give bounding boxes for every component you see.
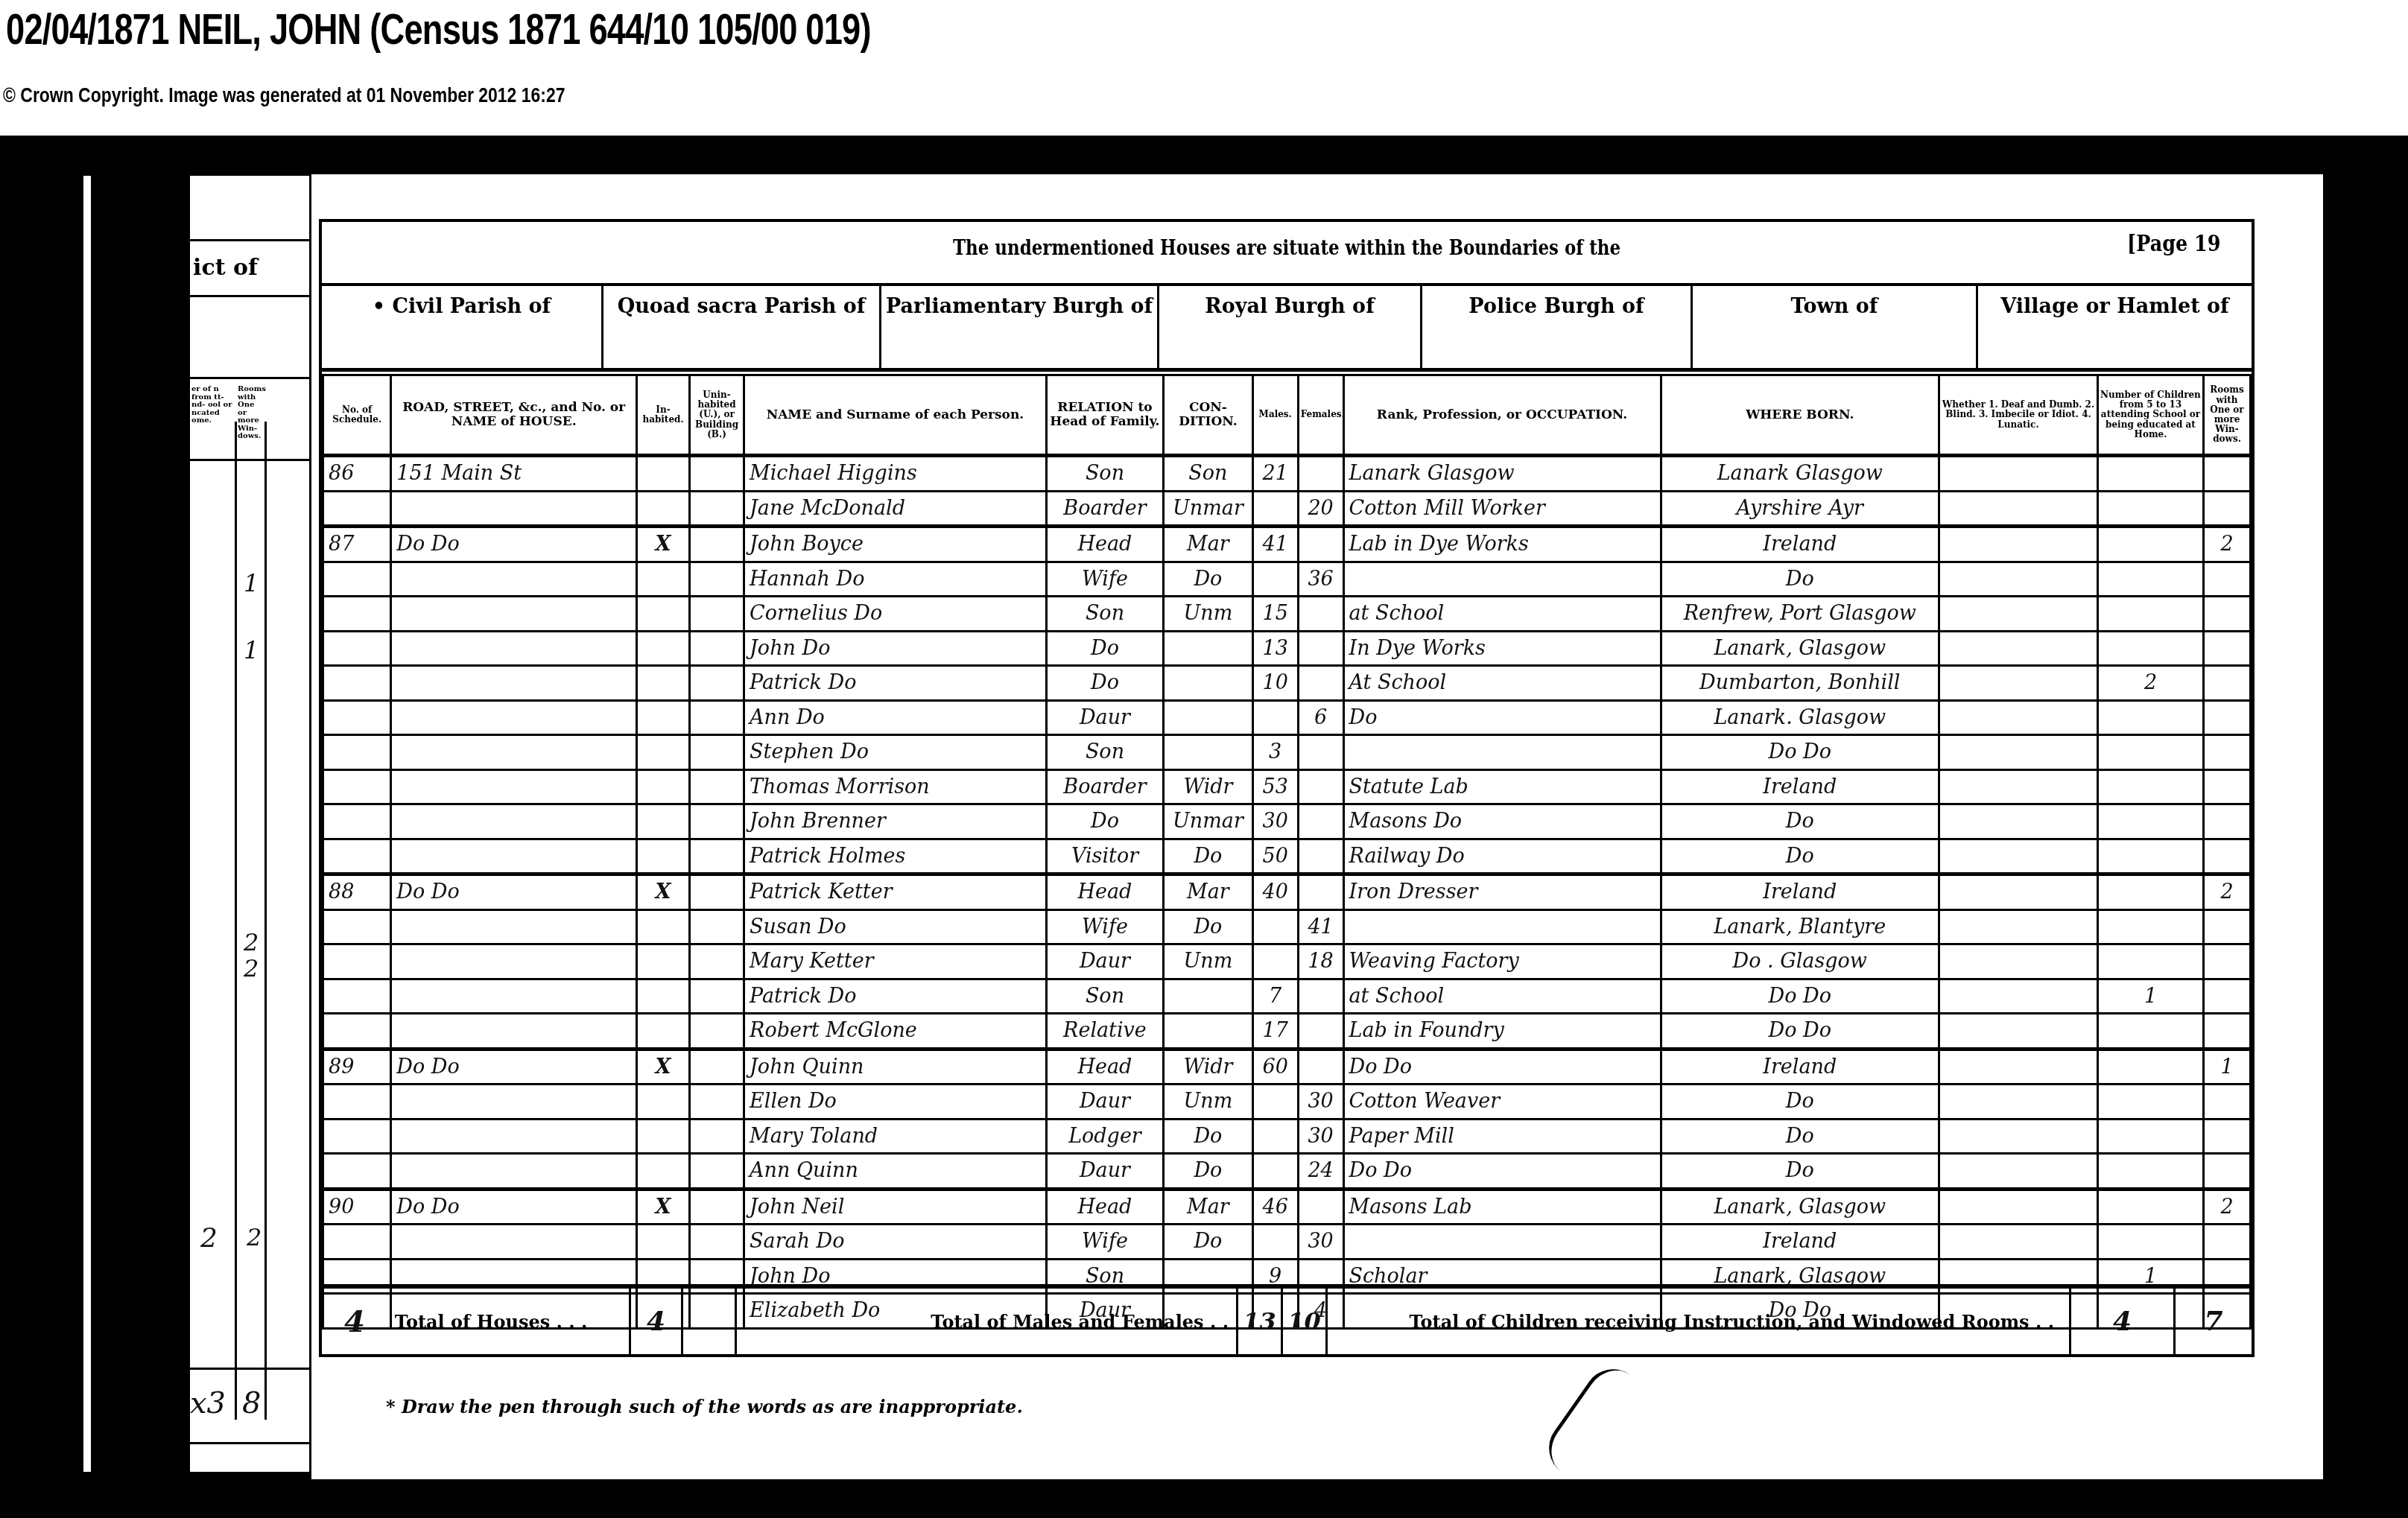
cell-name: Ellen Do — [744, 1084, 1047, 1120]
cell-empty — [690, 1119, 744, 1154]
cell-male: 17 — [1252, 1014, 1298, 1049]
cell-children — [2097, 769, 2203, 804]
footnote: * Draw the pen through such of the words… — [386, 1396, 1023, 1417]
cell-condition: Do — [1164, 1225, 1253, 1260]
cell-rooms — [2204, 944, 2251, 979]
cell-condition — [1164, 666, 1253, 701]
cell-name: Cornelius Do — [744, 597, 1047, 632]
cell-schedule — [323, 597, 391, 632]
cell-male: 21 — [1252, 456, 1298, 492]
cell-rooms — [2204, 700, 2251, 735]
cell-occupation: Masons Lab — [1343, 1189, 1661, 1225]
table-row: Patrick DoSon7at SchoolDo Do1 — [323, 979, 2251, 1014]
cell-empty — [690, 562, 744, 597]
cell-schedule — [323, 944, 391, 979]
col-road: ROAD, STREET, &c., and No. or NAME of HO… — [391, 375, 637, 456]
cell-empty — [690, 874, 744, 910]
cell-condition: Do — [1164, 1154, 1253, 1190]
col-schedule: No. of Schedule. — [323, 375, 391, 456]
cell-female — [1298, 979, 1343, 1014]
col-where-born: WHERE BORN. — [1661, 375, 1939, 456]
cell-rooms — [2204, 631, 2251, 666]
cell-empty — [1939, 769, 2097, 804]
cell-born: Ireland — [1661, 1225, 1939, 1260]
cell-empty — [1939, 839, 2097, 874]
cell-name: Stephen Do — [744, 735, 1047, 770]
cell-relation: Daur — [1046, 1154, 1163, 1190]
cell-schedule: 90 — [323, 1189, 391, 1225]
cell-relation: Visitor — [1046, 839, 1163, 874]
prev-value: 1 — [244, 636, 259, 664]
cell-inhabited — [637, 735, 690, 770]
cell-born: Do — [1661, 1119, 1939, 1154]
cell-male — [1252, 1225, 1298, 1260]
cell-born: Lanark, Glasgow — [1661, 631, 1939, 666]
col-children: Number of Children from 5 to 13 attendin… — [2097, 375, 2203, 456]
cell-empty — [1939, 1189, 2097, 1225]
cell-empty — [690, 735, 744, 770]
cell-male: 46 — [1252, 1189, 1298, 1225]
cell-condition — [1164, 1014, 1253, 1049]
cell-name: John Quinn — [744, 1049, 1047, 1084]
cell-male: 10 — [1252, 666, 1298, 701]
col-rooms: Rooms with One or more Win- dows. — [2204, 375, 2251, 456]
cell-born: Do Do — [1661, 979, 1939, 1014]
cell-occupation: At School — [1343, 666, 1661, 701]
total-children: 4 — [2113, 1306, 2132, 1337]
cell-name: Mary Toland — [744, 1119, 1047, 1154]
cell-male — [1252, 944, 1298, 979]
form-heading-band: The undermentioned Houses are situate wi… — [322, 222, 2252, 286]
cell-inhabited — [637, 979, 690, 1014]
cell-condition: Unm — [1164, 944, 1253, 979]
cell-empty — [1939, 597, 2097, 632]
cell-name: John Boyce — [744, 527, 1047, 562]
cell-male — [1252, 1119, 1298, 1154]
table-row: Susan DoWifeDo41Lanark, Blantyre — [323, 909, 2251, 944]
cell-schedule — [323, 769, 391, 804]
cell-male: 50 — [1252, 839, 1298, 874]
cell-inhabited — [637, 597, 690, 632]
cell-inhabited — [637, 1225, 690, 1260]
cell-empty — [1939, 1119, 2097, 1154]
copyright-notice: © Crown Copyright. Image was generated a… — [3, 83, 565, 107]
cell-rooms — [2204, 1014, 2251, 1049]
cell-empty — [690, 456, 744, 492]
cell-empty — [690, 979, 744, 1014]
cell-occupation — [1343, 1225, 1661, 1260]
cell-born: Do Do — [1661, 735, 1939, 770]
cell-empty — [1939, 979, 2097, 1014]
cell-occupation: Cotton Weaver — [1343, 1084, 1661, 1120]
cell-condition: Unmar — [1164, 804, 1253, 839]
cell-empty — [1939, 735, 2097, 770]
cell-inhabited — [637, 1154, 690, 1190]
table-row: 89Do DoXJohn QuinnHeadWidr60Do DoIreland… — [323, 1049, 2251, 1084]
cell-schedule — [323, 491, 391, 527]
cell-children — [2097, 944, 2203, 979]
cell-occupation: Lab in Dye Works — [1343, 527, 1661, 562]
cell-rooms — [2204, 456, 2251, 492]
cell-children — [2097, 491, 2203, 527]
cell-name: Jane McDonald — [744, 491, 1047, 527]
cell-road — [391, 909, 637, 944]
cell-rooms — [2204, 1119, 2251, 1154]
cell-occupation: Paper Mill — [1343, 1119, 1661, 1154]
cell-empty — [1939, 909, 2097, 944]
cell-relation: Wife — [1046, 909, 1163, 944]
prev-district-label: ict of — [193, 255, 258, 281]
cell-inhabited — [637, 944, 690, 979]
cell-road: Do Do — [391, 874, 637, 910]
cell-road — [391, 700, 637, 735]
image-viewer: ict of er of n from tt-nd- ool or ncated… — [0, 136, 2408, 1518]
cell-relation: Head — [1046, 527, 1163, 562]
cell-occupation — [1343, 735, 1661, 770]
cell-road — [391, 735, 637, 770]
cell-female — [1298, 1049, 1343, 1084]
enumerator-pen-mark — [1537, 1358, 1682, 1509]
total-rooms: 7 — [2204, 1306, 2222, 1337]
boundaries-row: • Civil Parish of Quoad sacra Parish of … — [322, 286, 2252, 372]
cell-condition: Do — [1164, 562, 1253, 597]
col-uninhabited: Unin- habited (U.), or Building (B.) — [690, 375, 744, 456]
cell-born: Lanark, Blantyre — [1661, 909, 1939, 944]
cell-road — [391, 1225, 637, 1260]
cell-female — [1298, 666, 1343, 701]
cell-name: Susan Do — [744, 909, 1047, 944]
total-rooms-cell: 7 — [2176, 1289, 2252, 1354]
cell-schedule — [323, 979, 391, 1014]
prev-value: 2 — [200, 1223, 218, 1254]
boundary-quoad-sacra: Quoad sacra Parish of — [603, 286, 881, 368]
total-houses-count: 4 — [344, 1304, 365, 1339]
cell-empty — [1939, 527, 2097, 562]
boundary-royal-burgh: Royal Burgh of — [1159, 286, 1422, 368]
cell-rooms — [2204, 562, 2251, 597]
cell-female: 20 — [1298, 491, 1343, 527]
cell-born: Do — [1661, 562, 1939, 597]
cell-name: Patrick Do — [744, 666, 1047, 701]
table-row: John BrennerDoUnmar30Masons DoDo — [323, 804, 2251, 839]
cell-male: 41 — [1252, 527, 1298, 562]
cell-condition: Widr — [1164, 769, 1253, 804]
cell-condition — [1164, 631, 1253, 666]
cell-schedule — [323, 735, 391, 770]
cell-empty — [690, 527, 744, 562]
cell-condition: Widr — [1164, 1049, 1253, 1084]
cell-relation: Lodger — [1046, 1119, 1163, 1154]
cell-empty — [1939, 491, 2097, 527]
cell-schedule — [323, 909, 391, 944]
table-row: Patrick DoDo10At SchoolDumbarton, Bonhil… — [323, 666, 2251, 701]
cell-born: Ireland — [1661, 1049, 1939, 1084]
cell-male: 7 — [1252, 979, 1298, 1014]
cell-empty — [690, 700, 744, 735]
cell-schedule — [323, 631, 391, 666]
cell-empty — [1939, 804, 2097, 839]
cell-born: Lanark. Glasgow — [1661, 700, 1939, 735]
table-row: Ellen DoDaurUnm30Cotton WeaverDo — [323, 1084, 2251, 1120]
cell-inhabited — [637, 1014, 690, 1049]
col-relation: RELATION to Head of Family. — [1046, 375, 1163, 456]
cell-occupation: Iron Dresser — [1343, 874, 1661, 910]
boundary-civil-parish: • Civil Parish of — [322, 286, 603, 368]
cell-name: Thomas Morrison — [744, 769, 1047, 804]
cell-road — [391, 979, 637, 1014]
cell-road — [391, 1154, 637, 1190]
cell-children — [2097, 527, 2203, 562]
cell-rooms — [2204, 1154, 2251, 1190]
cell-relation: Do — [1046, 666, 1163, 701]
cell-empty — [690, 1014, 744, 1049]
cell-empty — [1939, 631, 2097, 666]
cell-condition: Unmar — [1164, 491, 1253, 527]
table-row: Jane McDonaldBoarderUnmar20Cotton Mill W… — [323, 491, 2251, 527]
cell-schedule — [323, 1014, 391, 1049]
cell-children — [2097, 597, 2203, 632]
cell-relation: Do — [1046, 804, 1163, 839]
document-title: 02/04/1871 NEIL, JOHN (Census 1871 644/1… — [6, 4, 871, 54]
cell-condition: Unm — [1164, 597, 1253, 632]
boundary-parliamentary-burgh: Parliamentary Burgh of — [881, 286, 1159, 368]
cell-male: 13 — [1252, 631, 1298, 666]
cell-schedule: 88 — [323, 874, 391, 910]
cell-female — [1298, 804, 1343, 839]
cell-empty — [690, 491, 744, 527]
cell-road — [391, 804, 637, 839]
cell-born: Do — [1661, 839, 1939, 874]
cell-children: 2 — [2097, 666, 2203, 701]
cell-schedule — [323, 839, 391, 874]
cell-children — [2097, 700, 2203, 735]
table-row: 86151 Main StMichael HigginsSonSon21Lana… — [323, 456, 2251, 492]
table-row: Thomas MorrisonBoarderWidr53Statute LabI… — [323, 769, 2251, 804]
total-inhabited: 4 — [647, 1306, 665, 1337]
cell-rooms — [2204, 979, 2251, 1014]
cell-occupation: Weaving Factory — [1343, 944, 1661, 979]
cell-name: John Do — [744, 631, 1047, 666]
cell-children — [2097, 839, 2203, 874]
cell-born: Ayrshire Ayr — [1661, 491, 1939, 527]
cell-inhabited: X — [637, 527, 690, 562]
col-age-males: Males. — [1252, 375, 1298, 456]
cell-male — [1252, 562, 1298, 597]
cell-inhabited — [637, 666, 690, 701]
cell-children — [2097, 562, 2203, 597]
cell-male: 30 — [1252, 804, 1298, 839]
page-number: [Page 19 — [2127, 231, 2221, 257]
total-uninhabited-cell — [683, 1289, 737, 1354]
total-persons-label: Total of Males and Females . . — [931, 1311, 1229, 1333]
cell-inhabited — [637, 631, 690, 666]
cell-condition — [1164, 979, 1253, 1014]
prev-value: 2 — [244, 954, 259, 982]
cell-born: Lanark Glasgow — [1661, 456, 1939, 492]
cell-inhabited — [637, 804, 690, 839]
prev-rooms-header: Rooms with One or more Win- dows. — [238, 386, 263, 441]
cell-schedule — [323, 1154, 391, 1190]
cell-rooms: 1 — [2204, 1049, 2251, 1084]
col-whether: Whether 1. Deaf and Dumb. 2. Blind. 3. I… — [1939, 375, 2097, 456]
cell-road: 151 Main St — [391, 456, 637, 492]
cell-relation: Daur — [1046, 1084, 1163, 1120]
cell-relation: Boarder — [1046, 491, 1163, 527]
cell-inhabited — [637, 839, 690, 874]
cell-born: Lanark, Glasgow — [1661, 1189, 1939, 1225]
cell-occupation: Do — [1343, 700, 1661, 735]
cell-road — [391, 631, 637, 666]
cell-children — [2097, 1189, 2203, 1225]
cell-occupation — [1343, 909, 1661, 944]
cell-empty — [690, 1225, 744, 1260]
prev-value: 1 — [244, 569, 259, 597]
cell-born: Renfrew, Port Glasgow — [1661, 597, 1939, 632]
cell-occupation: Do Do — [1343, 1154, 1661, 1190]
table-row: John DoDo13In Dye WorksLanark, Glasgow — [323, 631, 2251, 666]
prev-children-header: er of n from tt-nd- ool or ncated ome. — [191, 386, 233, 425]
cell-schedule — [323, 562, 391, 597]
cell-condition: Do — [1164, 909, 1253, 944]
cell-empty — [690, 1189, 744, 1225]
cell-female — [1298, 839, 1343, 874]
cell-schedule — [323, 700, 391, 735]
cell-empty — [1939, 1049, 2097, 1084]
cell-schedule: 89 — [323, 1049, 391, 1084]
cell-children — [2097, 735, 2203, 770]
cell-schedule — [323, 1119, 391, 1154]
cell-empty — [690, 1049, 744, 1084]
cell-occupation: Do Do — [1343, 1049, 1661, 1084]
cell-children — [2097, 1014, 2203, 1049]
cell-male: 60 — [1252, 1049, 1298, 1084]
cell-female: 30 — [1298, 1084, 1343, 1120]
cell-occupation: Railway Do — [1343, 839, 1661, 874]
cell-children — [2097, 804, 2203, 839]
cell-road — [391, 1119, 637, 1154]
total-females: 10 — [1287, 1307, 1321, 1336]
cell-female — [1298, 735, 1343, 770]
cell-female: 30 — [1298, 1119, 1343, 1154]
cell-occupation: Lab in Foundry — [1343, 1014, 1661, 1049]
cell-children: 1 — [2097, 979, 2203, 1014]
cell-inhabited — [637, 700, 690, 735]
cell-relation: Head — [1046, 1049, 1163, 1084]
boundary-village: Village or Hamlet of — [1978, 286, 2252, 368]
cell-inhabited — [637, 1084, 690, 1120]
cell-relation: Do — [1046, 631, 1163, 666]
cell-female — [1298, 874, 1343, 910]
cell-rooms — [2204, 666, 2251, 701]
cell-empty — [690, 804, 744, 839]
previous-page-fragment: ict of er of n from tt-nd- ool or ncated… — [190, 176, 309, 1472]
cell-born: Do Do — [1661, 1014, 1939, 1049]
cell-male — [1252, 1084, 1298, 1120]
cell-relation: Son — [1046, 735, 1163, 770]
cell-relation: Wife — [1046, 1225, 1163, 1260]
cell-children — [2097, 631, 2203, 666]
cell-road — [391, 769, 637, 804]
cell-schedule — [323, 1225, 391, 1260]
cell-female — [1298, 769, 1343, 804]
cell-name: Patrick Ketter — [744, 874, 1047, 910]
cell-road: Do Do — [391, 527, 637, 562]
cell-children — [2097, 1049, 2203, 1084]
cell-occupation: Cotton Mill Worker — [1343, 491, 1661, 527]
cell-name: Hannah Do — [744, 562, 1047, 597]
prev-value: 2 — [247, 1223, 262, 1251]
census-table: No. of Schedule. ROAD, STREET, &c., and … — [322, 374, 2252, 1330]
cell-empty — [690, 631, 744, 666]
cell-road: Do Do — [391, 1189, 637, 1225]
total-children-label: Total of Children receiving Instruction,… — [1410, 1311, 2055, 1333]
cell-empty — [690, 1084, 744, 1120]
col-name: NAME and Surname of each Person. — [744, 375, 1047, 456]
cell-empty — [690, 597, 744, 632]
col-age-females: Females. — [1298, 375, 1343, 456]
cell-relation: Relative — [1046, 1014, 1163, 1049]
cell-female — [1298, 527, 1343, 562]
cell-empty — [1939, 1014, 2097, 1049]
cell-male: 3 — [1252, 735, 1298, 770]
table-row: 87Do DoXJohn BoyceHeadMar41Lab in Dye Wo… — [323, 527, 2251, 562]
cell-female: 30 — [1298, 1225, 1343, 1260]
cell-occupation — [1343, 562, 1661, 597]
cell-relation: Boarder — [1046, 769, 1163, 804]
cell-inhabited: X — [637, 874, 690, 910]
cell-rooms — [2204, 1084, 2251, 1120]
census-page: The undermentioned Houses are situate wi… — [311, 174, 2323, 1479]
cell-born: Ireland — [1661, 874, 1939, 910]
cell-road — [391, 597, 637, 632]
cell-rooms — [2204, 597, 2251, 632]
cell-name: John Neil — [744, 1189, 1047, 1225]
cell-occupation: Lanark Glasgow — [1343, 456, 1661, 492]
prev-value: 2 — [244, 928, 259, 956]
cell-rooms — [2204, 491, 2251, 527]
cell-born: Do — [1661, 1154, 1939, 1190]
cell-road — [391, 491, 637, 527]
cell-relation: Daur — [1046, 944, 1163, 979]
cell-road — [391, 1014, 637, 1049]
cell-born: Do . Glasgow — [1661, 944, 1939, 979]
table-row: Ann DoDaur6DoLanark. Glasgow — [323, 700, 2251, 735]
cell-rooms — [2204, 735, 2251, 770]
table-row: 88Do DoXPatrick KetterHeadMar40Iron Dres… — [323, 874, 2251, 910]
table-row: Patrick HolmesVisitorDo50Railway DoDo — [323, 839, 2251, 874]
cell-inhabited — [637, 1119, 690, 1154]
cell-road — [391, 839, 637, 874]
cell-relation: Son — [1046, 597, 1163, 632]
cell-female — [1298, 456, 1343, 492]
cell-occupation: In Dye Works — [1343, 631, 1661, 666]
cell-empty — [1939, 1154, 2097, 1190]
cell-empty — [690, 769, 744, 804]
cell-empty — [1939, 700, 2097, 735]
cell-inhabited: X — [637, 1049, 690, 1084]
col-condition: CON- DITION. — [1164, 375, 1253, 456]
boundary-town: Town of — [1693, 286, 1978, 368]
cell-born: Ireland — [1661, 769, 1939, 804]
cell-relation: Head — [1046, 1189, 1163, 1225]
cell-relation: Son — [1046, 456, 1163, 492]
table-row: 90Do DoXJohn NeilHeadMar46Masons LabLana… — [323, 1189, 2251, 1225]
total-males-cell: 13 — [1238, 1289, 1283, 1354]
cell-children — [2097, 874, 2203, 910]
cell-inhabited — [637, 562, 690, 597]
cell-occupation: Statute Lab — [1343, 769, 1661, 804]
table-row: Stephen DoSon3Do Do — [323, 735, 2251, 770]
